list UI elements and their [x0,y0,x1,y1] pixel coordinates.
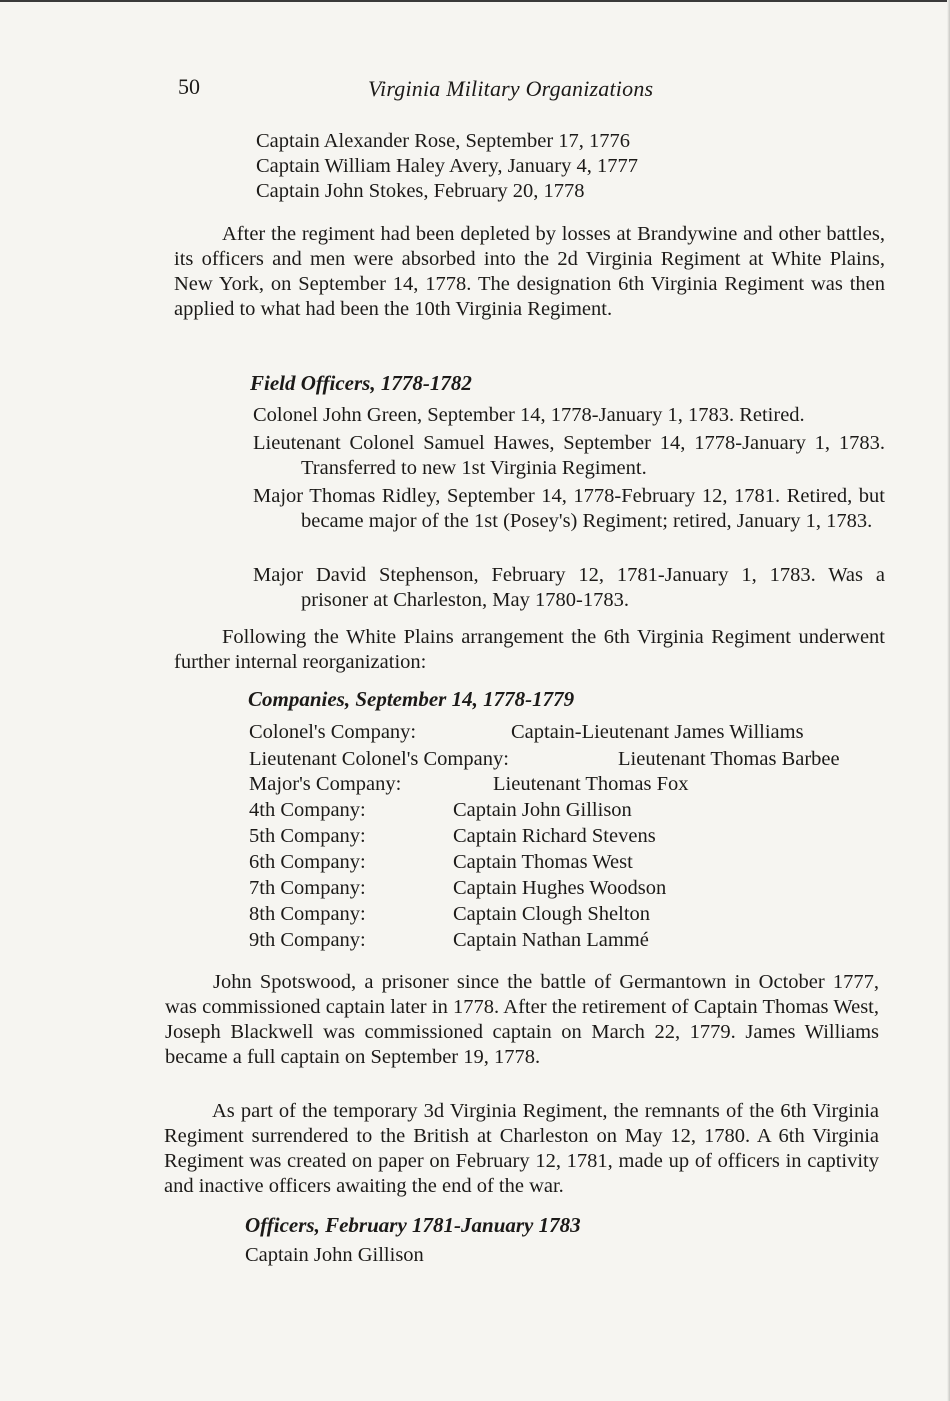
section-heading-field-officers: Field Officers, 1778-1782 [250,371,472,396]
company-officer: Lieutenant Thomas Barbee [618,747,840,772]
company-name: 5th Company: [249,824,366,849]
running-title: Virginia Military Organizations [368,76,653,102]
company-officer: Captain Hughes Woodson [453,876,666,901]
company-name: 7th Company: [249,876,366,901]
paragraph-temporary-3d-regiment: As part of the temporary 3d Virginia Reg… [164,1099,879,1199]
company-name: Lieutenant Colonel's Company: [249,747,509,772]
company-officer: Captain John Gillison [453,798,632,823]
company-officer: Lieutenant Thomas Fox [493,772,688,797]
paragraph-john-spotswood: John Spotswood, a prisoner since the bat… [165,970,879,1070]
section-heading-officers-1781: Officers, February 1781-January 1783 [245,1213,581,1238]
page-number: 50 [178,74,200,100]
captain-list-item: Captain John Stokes, February 20, 1778 [256,179,585,204]
company-name: 9th Company: [249,928,366,953]
captain-list-item: Captain William Haley Avery, January 4, … [256,154,638,179]
field-officer-entry: Lieutenant Colonel Samuel Hawes, Septemb… [253,431,885,481]
officer-entry: Captain John Gillison [245,1243,424,1268]
company-officer: Captain Nathan Lammé [453,928,649,953]
field-officer-entry: Major David Stephenson, February 12, 178… [253,563,885,613]
company-officer: Captain-Lieutenant James Williams [511,720,804,745]
section-heading-companies: Companies, September 14, 1778-1779 [248,687,574,712]
company-name: 6th Company: [249,850,366,875]
company-name: Major's Company: [249,772,401,797]
company-name: 4th Company: [249,798,366,823]
field-officer-entry: Major Thomas Ridley, September 14, 1778-… [253,484,885,534]
company-officer: Captain Clough Shelton [453,902,650,927]
field-officer-entry: Colonel John Green, September 14, 1778-J… [253,403,885,428]
page-top-edge [0,0,950,2]
company-officer: Captain Richard Stevens [453,824,656,849]
company-name: 8th Company: [249,902,366,927]
company-name: Colonel's Company: [249,720,416,745]
paragraph-regiment-depleted: After the regiment had been depleted by … [174,222,885,322]
company-officer: Captain Thomas West [453,850,633,875]
captain-list-item: Captain Alexander Rose, September 17, 17… [256,129,630,154]
paragraph-white-plains: Following the White Plains arrangement t… [174,625,885,675]
